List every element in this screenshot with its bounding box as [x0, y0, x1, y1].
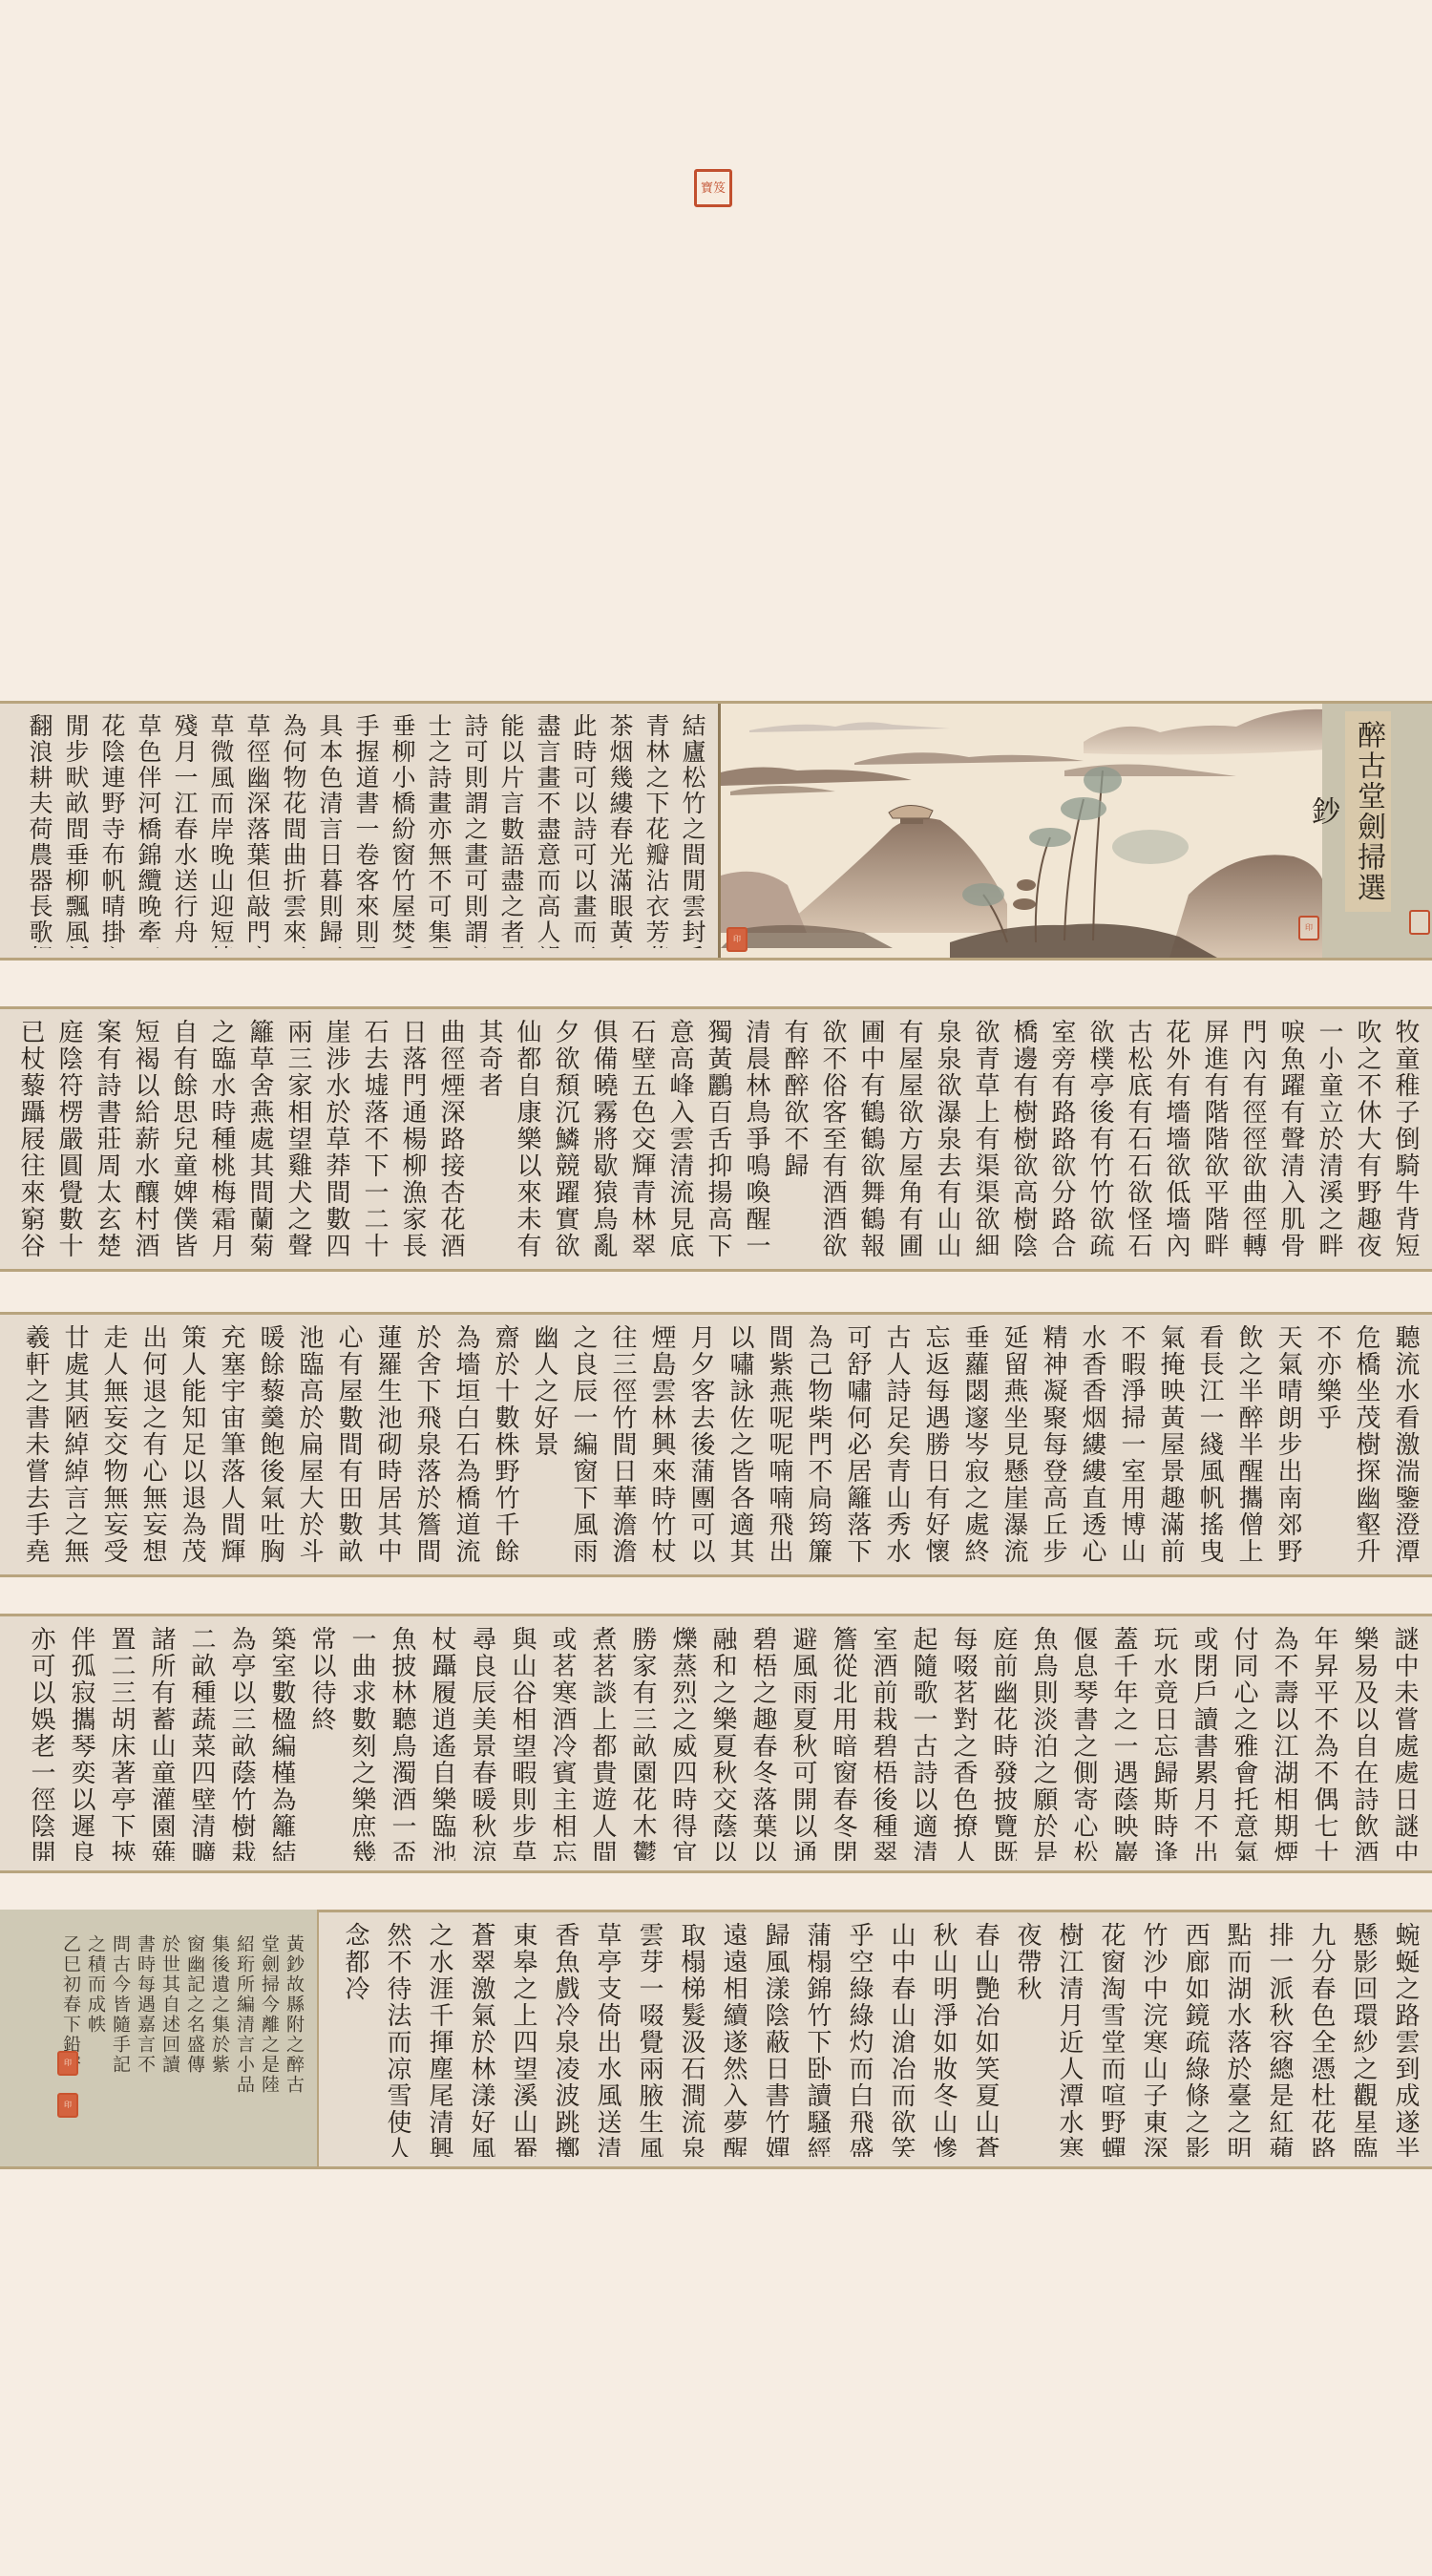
calligraphy-column: 黃鈔故縣附之醉古	[283, 1934, 307, 2157]
calligraphy-column: 可舒嘯何必居籬落下然後	[837, 1324, 876, 1565]
calligraphy-column: 杖躡履逍遙自樂臨池觀	[422, 1626, 462, 1861]
calligraphy-column: 石去墟落不下一二十里鳥徑緣	[355, 1019, 393, 1259]
colophon-seal-2: 印	[57, 2093, 78, 2118]
calligraphy-column: 門內有徑徑欲曲徑轉有屏屏欲小	[1233, 1019, 1272, 1259]
calligraphy-column: 春山艷冶如笑夏山蒼翠如滴	[964, 1922, 1006, 2157]
scroll-row-1: 結廬松竹之間閒雲封戶徙倚青林之下花瓣沾衣芳草盈階茶烟幾縷春光滿眼黃鳥一聲此時可以…	[0, 701, 1432, 961]
calligraphy-column: 走人無妄交物無妄受炎炎論之	[94, 1324, 133, 1565]
calligraphy-column: 亦可以娛老一徑陰開勢隱	[21, 1626, 61, 1861]
calligraphy-column: 吹之不休大有野趣夜闌人靜攜	[1348, 1019, 1386, 1259]
calligraphy-column: 東皋之上四望溪山罨畫平野	[502, 1922, 544, 2157]
calligraphy-text-block: 聽流水看激湍鑒澄潭步危橋坐茂樹探幽壑升高峰不亦樂乎天氣晴朗步出南郊野寺沽酒飲之半…	[0, 1315, 1432, 1574]
calligraphy-text-block: 蜿蜒之路雲到成遂半閣孤懸影回環紗之觀星臨可摘九分春色全憑杜花路柳安排一派秋容總是…	[319, 1912, 1432, 2166]
text-panel: 蜿蜒之路雲到成遂半閣孤懸影回環紗之觀星臨可摘九分春色全憑杜花路柳安排一派秋容總是…	[317, 1910, 1432, 2166]
calligraphy-column: 偃息琴書之側寄心松竹取樂	[1063, 1626, 1104, 1861]
calligraphy-column: 翻浪耕夫荷農器長歌相應	[21, 713, 57, 948]
calligraphy-column: 忘返每遇勝日有好懷袖手哦	[916, 1324, 955, 1565]
calligraphy-column: 紹珩所編清言小品	[233, 1934, 258, 2157]
calligraphy-column: 之積而成帙	[84, 1934, 109, 2157]
calligraphy-column: 香魚戲冷泉凌波跳擲日迷	[544, 1922, 586, 2157]
calligraphy-column: 煙島雲林興來時竹杖何妨獨	[642, 1324, 681, 1565]
calligraphy-column: 俱備曉霧將歇猿鳥亂鳴日	[584, 1019, 622, 1259]
calligraphy-column: 危橋坐茂樹探幽壑升高峰	[1346, 1324, 1385, 1565]
calligraphy-column: 伴孤寂攜琴奕以遲良友此	[61, 1626, 101, 1861]
calligraphy-column: 往三徑竹間日華澹澹固野客	[602, 1324, 642, 1565]
calligraphy-column: 橋邊有樹樹欲高樹陰有草草	[1004, 1019, 1042, 1259]
calligraphy-column: 看長江一綫風帆搖曳鐘山紫	[1190, 1324, 1229, 1565]
calligraphy-column: 圃中有鶴鶴欲舞鶴報有客客	[852, 1019, 890, 1259]
calligraphy-column: 自有餘思兒童婢僕皆布衣	[164, 1019, 202, 1259]
calligraphy-column: 為墻垣白石為橋道流水周	[446, 1324, 485, 1565]
calligraphy-column: 於世其自述回讀	[158, 1934, 183, 2157]
calligraphy-column: 不亦樂乎	[1307, 1324, 1346, 1565]
calligraphy-column: 暖餘藜羹飽後氣吐胸中	[250, 1324, 289, 1565]
calligraphy-column: 蜿蜒之路雲到成遂半閣孤	[1384, 1922, 1426, 2157]
calligraphy-column: 融和之樂夏秋交蔭以蔽炎	[703, 1626, 743, 1861]
calligraphy-column: 一曲求數刻之樂庶幾居	[342, 1626, 382, 1861]
calligraphy-column: 室旁有路路欲分路合有橋橋欲危	[1042, 1019, 1081, 1259]
calligraphy-column: 花窗淘雪堂而喧野蟬天低	[1090, 1922, 1132, 2157]
landscape-illustration	[721, 704, 1325, 958]
calligraphy-column: 殘月一江春水送行舟	[166, 713, 202, 948]
calligraphy-column: 氣掩映黃屋景趣滿前應接	[1150, 1324, 1190, 1565]
calligraphy-column: 飲之半醉半醒攜僧上雨花臺	[1229, 1324, 1268, 1565]
calligraphy-column: 延留燕坐見懸崖瀑流壽木	[994, 1324, 1033, 1565]
calligraphy-column: 尋良辰美景春暖秋涼負	[462, 1626, 502, 1861]
calligraphy-column: 意高峰入雲清流見底兩岸	[661, 1019, 699, 1259]
scroll-title: 醉古堂劍掃選鈔	[1345, 711, 1391, 912]
calligraphy-column: 之水涯千揮塵尾清興瀟灑	[418, 1922, 460, 2157]
calligraphy-column: 之良辰一編窗下風雨蕭蕭亦	[563, 1324, 602, 1565]
calligraphy-column: 牧童稚子倒騎牛背短笛無腔	[1386, 1019, 1424, 1259]
painting-seal-left: 印	[727, 927, 748, 952]
calligraphy-column: 欲青草上有渠渠欲細渠引有	[966, 1019, 1004, 1259]
calligraphy-text-block: 結廬松竹之間閒雲封戶徙倚青林之下花瓣沾衣芳草盈階茶烟幾縷春光滿眼黃鳥一聲此時可以…	[0, 704, 718, 958]
colophon-text: 黃鈔故縣附之醉古堂劍掃今離之是陸紹珩所編清言小品集後遺之集於紫窗幽記之名盛傳於世…	[57, 1910, 315, 2166]
calligraphy-column: 閒步畎畝間垂柳飄風新秧	[57, 713, 94, 948]
calligraphy-column: 已杖藜躡屐往來窮谷大川	[11, 1019, 50, 1259]
calligraphy-column: 心有屋數間有田數畝用盆為	[328, 1324, 368, 1565]
calligraphy-column: 取榻梯髮汲石澗流泉烹	[670, 1922, 712, 2157]
calligraphy-column: 雲芽一啜覺兩腋生風徐步	[628, 1922, 670, 2157]
calligraphy-column: 花外有墻墻欲低墻內有松松欲	[1157, 1019, 1195, 1259]
calligraphy-column: 遠遠相續遂然入夢醒來命	[712, 1922, 754, 2157]
calligraphy-column: 魚鳥則淡泊之願於是畢矣	[1023, 1626, 1063, 1861]
calligraphy-column: 歸風漾陰蔽日書竹嬋聲	[754, 1922, 796, 2157]
calligraphy-column: 為亭以三畝蔭竹樹栽花果	[221, 1626, 262, 1861]
calligraphy-text-block: 牧童稚子倒騎牛背短笛無腔吹之不休大有野趣夜闌人靜攜一小童立於清溪之畔孤鶴忽唳魚躍…	[0, 1009, 1432, 1269]
calligraphy-column: 唳魚躍有聲清入肌骨	[1272, 1019, 1310, 1259]
calligraphy-column: 古松底有石石欲怪石面有亭亭	[1119, 1019, 1157, 1259]
calligraphy-column: 付同心之雅會托意氣之良遊	[1224, 1626, 1264, 1861]
calligraphy-column: 竹沙中浣寒山子東深人冷回	[1132, 1922, 1174, 2157]
calligraphy-column: 為己物柴門不扃筠簾半捲梁	[798, 1324, 837, 1565]
calligraphy-column: 乎空綠綠灼而白飛盛著特	[838, 1922, 880, 2157]
calligraphy-column: 有醉醉欲不歸	[775, 1019, 813, 1259]
calligraphy-column: 垂蘿閟邃岑寂之處終日	[955, 1324, 994, 1565]
calligraphy-column: 夕欲頹沉鱗競躍實欲界之	[546, 1019, 584, 1259]
calligraphy-column: 書時每遇嘉言不	[134, 1934, 158, 2157]
calligraphy-column: 草亭支倚出水風送清	[586, 1922, 628, 2157]
calligraphy-column: 問古今皆隨手記	[109, 1934, 134, 2157]
calligraphy-column: 二畝種蔬菜四壁清曠空	[181, 1626, 221, 1861]
calligraphy-column: 具本色清言日暮則歸不知馬蹄	[311, 713, 347, 948]
calligraphy-column: 爍蒸烈之威四時得宜莫此為	[663, 1626, 703, 1861]
calligraphy-column: 一小童立於清溪之畔孤鶴忽	[1310, 1019, 1348, 1259]
calligraphy-column: 蓋千年之一遇蔭映巖流之際	[1104, 1626, 1144, 1861]
calligraphy-column: 間紫燕呢呢喃喃飛出飛入山人	[759, 1324, 798, 1565]
seal-text: 寶笈	[701, 181, 726, 196]
calligraphy-column: 或閉戶讀書累月不出或登山	[1184, 1626, 1224, 1861]
calligraphy-column: 茶烟幾縷春光滿眼黃鳥一聲	[601, 713, 638, 948]
calligraphy-column: 謎中未嘗處處日謎中和天同	[1384, 1626, 1424, 1861]
calligraphy-column: 草徑幽深落葉但敲門扇細	[239, 713, 275, 948]
calligraphy-column: 九分春色全憑杜花路柳安	[1300, 1922, 1342, 2157]
calligraphy-column: 詩可則謂之畫可則謂高人韻	[456, 713, 493, 948]
calligraphy-column: 庭陰符楞嚴圓覺數十卷而	[50, 1019, 88, 1259]
calligraphy-column: 然不待法而凉雪使人火宅之	[376, 1922, 418, 2157]
calligraphy-column: 池臨高於扁屋大於斗布被	[289, 1324, 328, 1565]
calligraphy-column: 排一派秋容總是紅蘋白藕妝	[1258, 1922, 1300, 2157]
calligraphy-column: 置二三胡床著亭下挾書劍	[101, 1626, 141, 1861]
collector-seal-top: 寶笈	[694, 169, 732, 207]
calligraphy-column: 念都冷	[334, 1922, 376, 2157]
calligraphy-column: 庭前幽花時發披覽既倦	[983, 1626, 1023, 1861]
calligraphy-column: 築室數楹編槿為籬結茅	[262, 1626, 302, 1861]
calligraphy-column: 幽人之好景	[524, 1324, 563, 1565]
calligraphy-column: 充塞宇宙筆落人間輝映簡	[211, 1324, 250, 1565]
calligraphy-column: 室酒前栽碧梧後種翠竹前	[863, 1626, 903, 1861]
calligraphy-column: 石壁五色交輝青林翠竹四時	[622, 1019, 661, 1259]
calligraphy-column: 欲不俗客至有酒酒欲不卻酒行	[813, 1019, 852, 1259]
scroll-row-5: 黃鈔故縣附之醉古堂劍掃今離之是陸紹珩所編清言小品集後遺之集於紫窗幽記之名盛傳於世…	[0, 1910, 1432, 2169]
calligraphy-column: 乙巳初春下鉛齋	[59, 1934, 84, 2157]
calligraphy-column: 精神凝聚每登高丘步邃谷	[1033, 1324, 1072, 1565]
calligraphy-column: 蒲榻錦竹下卧讀騷經樹影	[796, 1922, 838, 2157]
calligraphy-column: 懸影回環紗之觀星臨可摘	[1342, 1922, 1384, 2157]
calligraphy-column: 策人能知足以退為茂我自不	[172, 1324, 211, 1565]
calligraphy-column: 秋山明淨如妝冬山慘淡如睡	[922, 1922, 964, 2157]
calligraphy-column: 泉泉欲瀑泉去有山山欲深山下	[928, 1019, 966, 1259]
calligraphy-column: 能以片言數語盡之者則謂之	[493, 713, 529, 948]
calligraphy-column: 崖涉水於草莽間數四左右	[317, 1019, 355, 1259]
calligraphy-column: 樹江清月近人潭水寒生月松風	[1048, 1922, 1090, 2157]
calligraphy-column: 垂柳小橋紛窗竹屋焚香燕坐	[384, 713, 420, 948]
calligraphy-column: 古人詩足矣青山秀水到眼即	[876, 1324, 916, 1565]
calligraphy-column: 魚披林聽鳥濁酒一盃彈琴	[382, 1626, 422, 1861]
calligraphy-column: 起隨歌一古詩以適清興凡靜	[903, 1626, 943, 1861]
title-strip: 醉古堂劍掃選鈔	[1322, 704, 1432, 958]
calligraphy-column: 玩水竟日忘歸斯時逢衰交	[1144, 1626, 1184, 1861]
scroll-row-4: 謎中未嘗處處日謎中和天同樂易及以自在詩飲酒百年昇平不為不偶七十康強不為不壽以江湖…	[0, 1614, 1432, 1873]
calligraphy-column: 其奇者	[470, 1019, 508, 1259]
calligraphy-column: 避風雨夏秋可開以通涼爽然	[783, 1626, 823, 1861]
calligraphy-column: 籬草舍燕處其間蘭菊藝	[241, 1019, 279, 1259]
calligraphy-column: 獨黃鸝百舌抑揚高下最可人	[699, 1019, 737, 1259]
calligraphy-column: 草色伴河橋錦纜晚牽三竺雨	[130, 713, 166, 948]
calligraphy-column: 堂劍掃今離之是陸	[258, 1934, 283, 2157]
calligraphy-column: 花陰連野寺布帆晴掛六橋煙	[94, 713, 130, 948]
calligraphy-column: 水香香烟縷縷直透心竅最令人	[1072, 1324, 1111, 1565]
calligraphy-column: 蒼翠激氣於林漾好風送	[460, 1922, 502, 2157]
calligraphy-column: 山中春山滄冶而欲笑翔翔	[880, 1922, 922, 2157]
calligraphy-column: 欲樸亭後有竹竹欲疏竹盡有室	[1081, 1019, 1119, 1259]
calligraphy-column: 結廬松竹之間閒雲封戶徙倚	[674, 713, 710, 948]
calligraphy-column: 月夕客去後蒲團可以雙跏	[681, 1324, 720, 1565]
scroll-row-3: 聽流水看激湍鑒澄潭步危橋坐茂樹探幽壑升高峰不亦樂乎天氣晴朗步出南郊野寺沽酒飲之半…	[0, 1312, 1432, 1577]
calligraphy-column: 點而湖水落於臺之明月猶懸	[1216, 1922, 1258, 2157]
calligraphy-column: 勝家有三畝園花木鬱鬱客來	[622, 1626, 663, 1861]
calligraphy-column: 與山谷相望暇則步草徑相	[502, 1626, 542, 1861]
calligraphy-column: 簷從北用暗窗春冬閉之以	[823, 1626, 863, 1861]
calligraphy-column: 兩三家相望雞犬之聲相聞竹	[279, 1019, 317, 1259]
calligraphy-column: 窗幽記之名盛傳	[183, 1934, 208, 2157]
calligraphy-column: 廿處其陋綽綽言之無出其右	[54, 1324, 94, 1565]
calligraphy-column: 諸所有蓄山童灌園薙草	[141, 1626, 181, 1861]
calligraphy-column: 士之詩畫亦無不可集景第六	[420, 713, 456, 948]
calligraphy-column: 手握道書一卷客來則尋常茶	[347, 713, 384, 948]
calligraphy-column: 碧梧之趣春冬落葉以舒負暄	[743, 1626, 783, 1861]
calligraphy-column: 之臨水時種桃梅霜月春風日	[202, 1019, 241, 1259]
calligraphy-column: 齋於十數株野竹千餘竿青蘿	[485, 1324, 524, 1565]
calligraphy-column: 於舍下飛泉落於簷間綠柳白	[407, 1324, 446, 1565]
calligraphy-column: 仙都自康樂以來未有能與	[508, 1019, 546, 1259]
calligraphy-column: 案有詩書莊周太玄楚辭黃	[88, 1019, 126, 1259]
calligraphy-column: 短褐以給薪水釀村酒而飲之	[126, 1019, 164, 1259]
calligraphy-column: 屏進有階階欲平階畔有花花欲鮮	[1195, 1019, 1233, 1259]
calligraphy-column: 樂易及以自在詩飲酒百	[1344, 1626, 1384, 1861]
calligraphy-column: 以嘯詠佐之皆各適其適風晨	[720, 1324, 759, 1565]
calligraphy-column: 聽流水看激湍鑒澄潭步	[1385, 1324, 1424, 1565]
painting-seal-right: 印	[1298, 916, 1319, 940]
calligraphy-column: 此時可以詩可以畫而正恐詩不	[565, 713, 601, 948]
calligraphy-column: 年昇平不為不偶七十康強不	[1304, 1626, 1344, 1861]
calligraphy-column: 盡言畫不盡意而高人韻士	[529, 713, 565, 948]
calligraphy-column: 為何物花間曲折雲來不認灣頭	[275, 713, 311, 948]
calligraphy-column: 羲軒之書未嘗去手堯舜之	[15, 1324, 54, 1565]
calligraphy-column: 天氣晴朗步出南郊野寺沽酒	[1268, 1324, 1307, 1565]
calligraphy-column: 曲徑煙深路接杏花酒舍澄江	[432, 1019, 470, 1259]
scroll-row-2: 牧童稚子倒騎牛背短笛無腔吹之不休大有野趣夜闌人靜攜一小童立於清溪之畔孤鶴忽唳魚躍…	[0, 1006, 1432, 1272]
calligraphy-column: 煮茗談上都貴遊人間可喜事	[582, 1626, 622, 1861]
colophon-seal-1: 印	[57, 2051, 78, 2076]
calligraphy-column: 夜帶秋	[1006, 1922, 1048, 2157]
calligraphy-column: 或茗寒酒冷賓主相忘其居	[542, 1626, 582, 1861]
colophon-panel: 黃鈔故縣附之醉古堂劍掃今離之是陸紹珩所編清言小品集後遺之集於紫窗幽記之名盛傳於世…	[0, 1910, 317, 2166]
calligraphy-column: 不暇淨掃一室用博山爐爇沉	[1111, 1324, 1150, 1565]
calligraphy-column: 日落門通楊柳漁家長松怪	[393, 1019, 432, 1259]
calligraphy-column: 有屋屋欲方屋角有圃圃欲寬	[890, 1019, 928, 1259]
calligraphy-column: 每啜茗對之香色撩人吟思忽	[943, 1626, 983, 1861]
calligraphy-column: 出何退之有心無妄想足無妄	[133, 1324, 172, 1565]
calligraphy-column: 西廊如鏡疏綠條之影雲不散秋	[1174, 1922, 1216, 2157]
title-seal	[1409, 910, 1430, 935]
calligraphy-column: 常以待終	[302, 1626, 342, 1861]
calligraphy-column: 草微風而岸晚山迎短棹垂楊	[202, 713, 239, 948]
calligraphy-column: 清晨林鳥爭鳴喚醒一枕春夢	[737, 1019, 775, 1259]
calligraphy-column: 為不壽以江湖相期煙霞相許	[1264, 1626, 1304, 1861]
calligraphy-column: 蓮羅生池砌時居其中無不快	[368, 1324, 407, 1565]
calligraphy-column: 集後遺之集於紫	[208, 1934, 233, 2157]
calligraphy-text-block: 謎中未嘗處處日謎中和天同樂易及以自在詩飲酒百年昇平不為不偶七十康強不為不壽以江湖…	[0, 1616, 1432, 1870]
calligraphy-column: 青林之下花瓣沾衣芳草盈階	[638, 713, 674, 948]
landscape-painting: 印 印	[718, 704, 1327, 958]
